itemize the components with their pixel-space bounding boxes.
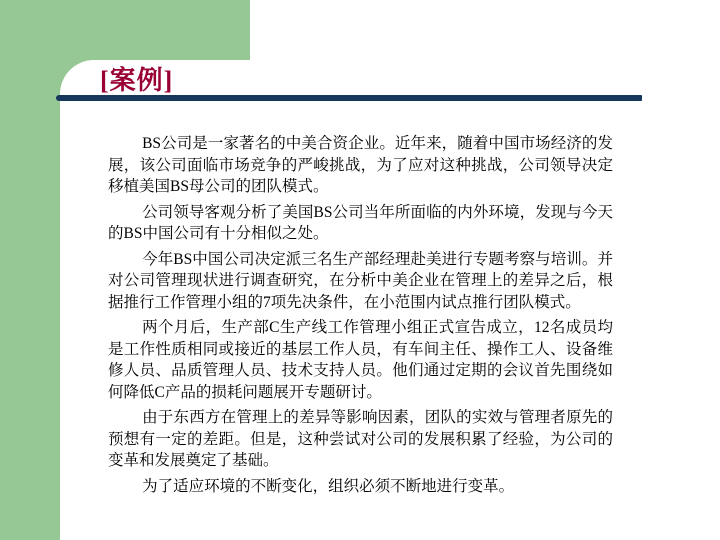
slide: [案例] BS公司是一家著名的中美合资企业。近年来，随着中国市场经济的发展，该公…: [0, 0, 720, 540]
case-paragraph-1: BS公司是一家著名的中美合资企业。近年来，随着中国市场经济的发展，该公司面临市场…: [108, 133, 613, 198]
case-paragraph-4: 两个月后，生产部C生产线工作管理小组正式宣告成立，12名成员均是工作性质相同或接…: [108, 317, 613, 403]
title-underline: [56, 95, 642, 101]
case-paragraph-5: 由于东西方在管理上的差异等影响因素，团队的实效与管理者原先的预想有一定的差距。但…: [108, 407, 613, 472]
case-body: BS公司是一家著名的中美合资企业。近年来，随着中国市场经济的发展，该公司面临市场…: [108, 133, 613, 501]
slide-title: [案例]: [100, 60, 173, 97]
case-paragraph-2: 公司领导客观分析了美国BS公司当年所面临的内外环境，发现与今天的BS中国公司有十…: [108, 202, 613, 245]
case-paragraph-6: 为了适应环境的不断变化，组织必须不断地进行变革。: [108, 476, 613, 498]
case-paragraph-3: 今年BS中国公司决定派三名生产部经理赴美进行专题考察与培训。并对公司管理现状进行…: [108, 249, 613, 314]
sidebar-accent-bar: [0, 0, 60, 540]
